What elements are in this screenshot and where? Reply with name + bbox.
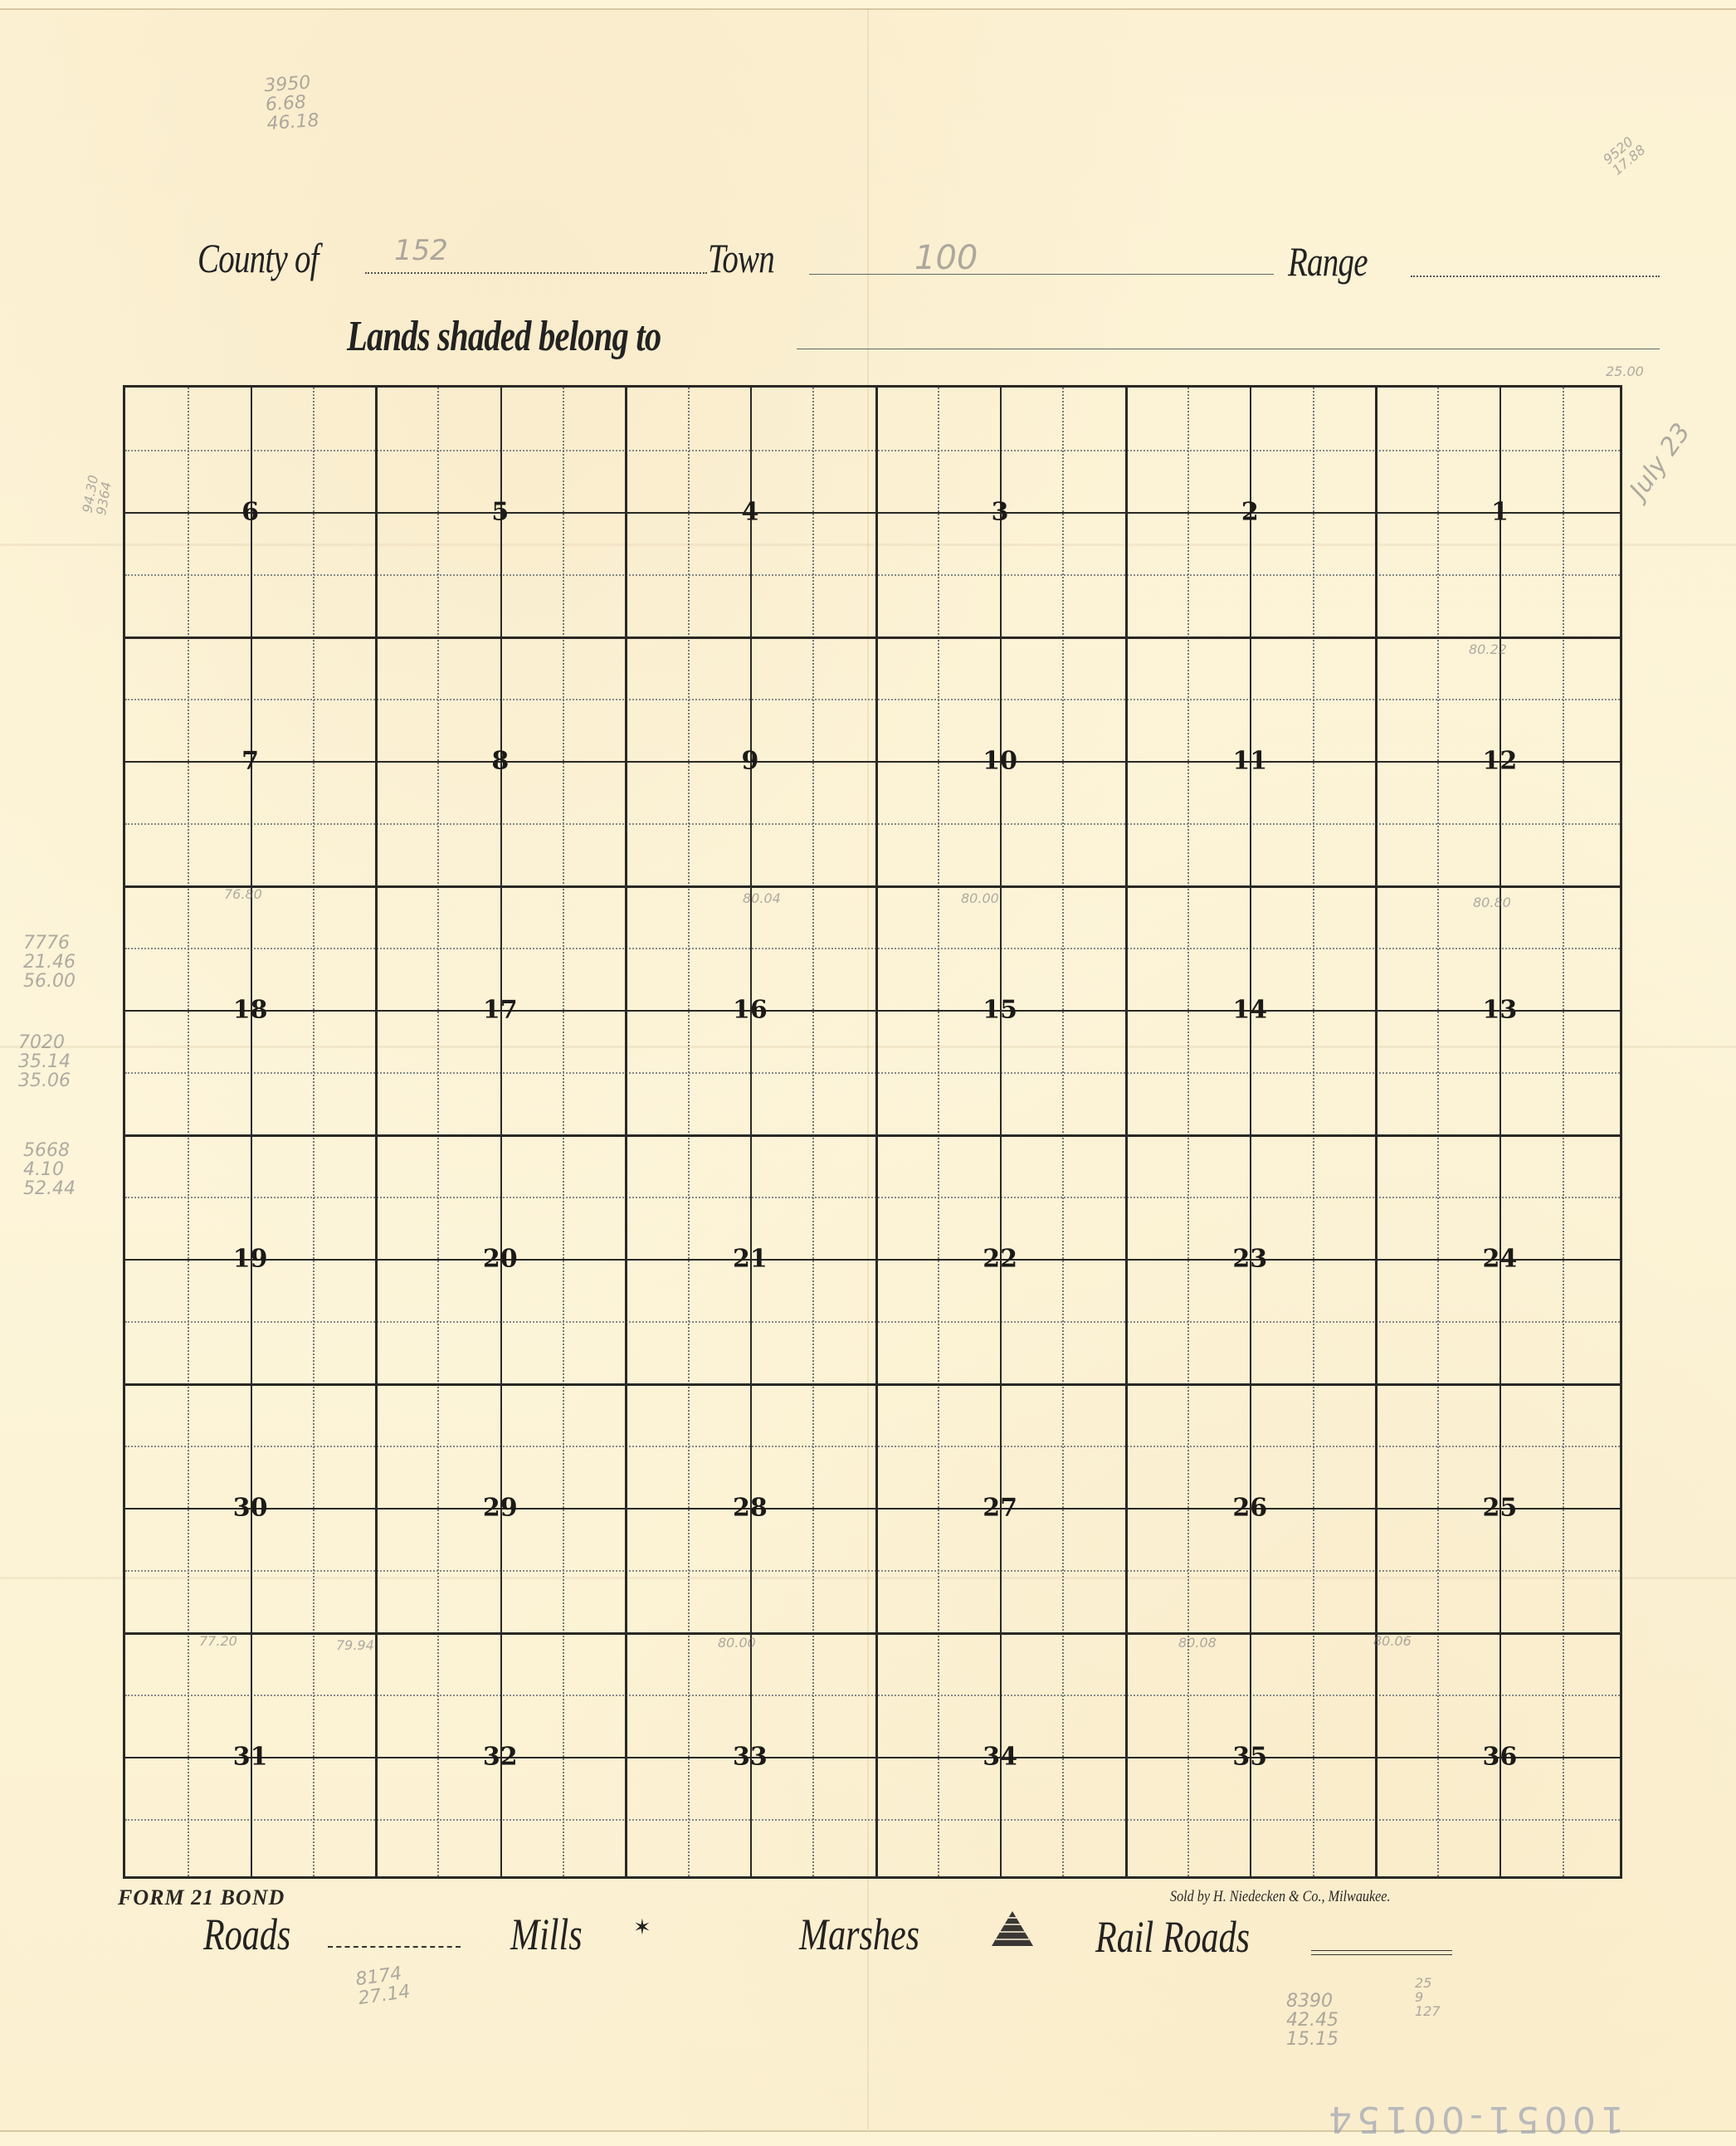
sixteenth-line-horizontal xyxy=(125,1446,1620,1447)
marsh-tuft-icon xyxy=(992,1911,1033,1946)
section-number[interactable]: 14 xyxy=(1232,996,1267,1025)
township-grid: 6543217891011121817161514131920212223243… xyxy=(123,385,1622,1879)
section-number[interactable]: 15 xyxy=(983,996,1017,1025)
town-label: Town xyxy=(708,234,774,282)
sixteenth-line-vertical xyxy=(1313,388,1314,1876)
section-number[interactable]: 11 xyxy=(1232,747,1267,776)
corner-value-sec12: 80.22 xyxy=(1469,643,1507,657)
annotation-bottom-calc: 8174 27.14 xyxy=(354,1963,412,2009)
section-number[interactable]: 30 xyxy=(233,1494,268,1523)
section-line-vertical xyxy=(1125,388,1128,1876)
section-number[interactable]: 32 xyxy=(483,1743,518,1772)
sixteenth-line-vertical xyxy=(313,388,315,1876)
section-number[interactable]: 34 xyxy=(983,1743,1017,1772)
legend-railroads-label: Rail Roads xyxy=(1095,1911,1250,1963)
sixteenth-line-horizontal xyxy=(125,823,1620,825)
corner-value-sec15: 80.00 xyxy=(961,892,999,906)
section-line-vertical xyxy=(1375,388,1378,1876)
section-number[interactable]: 3 xyxy=(992,498,1009,527)
range-label: Range xyxy=(1288,237,1368,285)
annotation-left-margin-1: 7776 21.46 56.00 xyxy=(23,934,76,991)
corner-value-sec35: 80.08 xyxy=(1178,1636,1217,1651)
legend-roads-label: Roads xyxy=(203,1909,290,1960)
quarter-line-vertical xyxy=(500,388,502,1876)
section-number[interactable]: 17 xyxy=(483,996,518,1025)
section-number[interactable]: 29 xyxy=(483,1494,518,1523)
sixteenth-line-vertical xyxy=(812,388,814,1876)
corner-value-sec36: 80.06 xyxy=(1373,1635,1412,1649)
county-handwritten-value: 152 xyxy=(394,237,448,266)
sixteenth-line-horizontal xyxy=(125,450,1620,451)
annotation-bottom-right-calc-2: 25 9 127 xyxy=(1415,1977,1441,2018)
section-number[interactable]: 25 xyxy=(1483,1494,1518,1523)
section-number[interactable]: 10 xyxy=(983,747,1017,776)
sixteenth-line-horizontal xyxy=(125,948,1620,949)
town-field[interactable] xyxy=(809,274,1274,275)
sixteenth-line-vertical xyxy=(1563,388,1564,1876)
corner-value-sec13: 80.80 xyxy=(1473,896,1511,910)
sixteenth-line-vertical xyxy=(688,388,690,1876)
form-id: FORM 21 BOND xyxy=(118,1885,285,1910)
section-number[interactable]: 7 xyxy=(241,747,259,776)
section-number[interactable]: 31 xyxy=(233,1743,268,1772)
section-number[interactable]: 20 xyxy=(483,1245,518,1274)
quarter-line-vertical xyxy=(1000,388,1002,1876)
section-line-horizontal xyxy=(125,1134,1620,1137)
lands-owner-field[interactable] xyxy=(797,349,1660,349)
quarter-line-vertical xyxy=(750,388,752,1876)
range-field[interactable] xyxy=(1411,276,1660,277)
section-number[interactable]: 28 xyxy=(733,1494,768,1523)
town-handwritten-value: 100 xyxy=(914,241,978,276)
corner-value-sec31: 77.20 xyxy=(199,1635,237,1649)
section-number[interactable]: 26 xyxy=(1232,1494,1267,1523)
section-number[interactable]: 21 xyxy=(733,1245,768,1274)
section-number[interactable]: 8 xyxy=(491,747,509,776)
sixteenth-line-horizontal xyxy=(125,1570,1620,1572)
sixteenth-line-horizontal xyxy=(125,699,1620,700)
section-number[interactable]: 22 xyxy=(983,1245,1017,1274)
section-number[interactable]: 33 xyxy=(733,1743,768,1772)
legend-roads-symbol xyxy=(328,1946,461,1948)
sixteenth-line-vertical xyxy=(1437,388,1439,1876)
sixteenth-line-vertical xyxy=(437,388,439,1876)
corner-value-sec18: 76.80 xyxy=(224,888,262,902)
corner-value-sec33: 80.00 xyxy=(718,1636,756,1651)
annotation-calc-top-left: 3950 6.68 46.18 xyxy=(264,73,320,134)
section-number[interactable]: 24 xyxy=(1483,1245,1518,1274)
section-number[interactable]: 13 xyxy=(1483,996,1518,1025)
sixteenth-line-horizontal xyxy=(125,1819,1620,1821)
sixteenth-line-vertical xyxy=(188,388,189,1876)
section-line-horizontal xyxy=(125,885,1620,888)
section-number[interactable]: 9 xyxy=(741,747,758,776)
sixteenth-line-horizontal xyxy=(125,574,1620,576)
quarter-line-vertical xyxy=(251,388,252,1876)
section-line-horizontal xyxy=(125,1383,1620,1386)
section-number[interactable]: 6 xyxy=(241,498,259,527)
section-line-vertical xyxy=(625,388,627,1876)
quarter-line-horizontal xyxy=(125,761,1620,763)
legend-railroads-symbol xyxy=(1311,1950,1452,1955)
section-number[interactable]: 4 xyxy=(741,498,758,527)
quarter-line-vertical xyxy=(1250,388,1251,1876)
section-number[interactable]: 36 xyxy=(1483,1743,1518,1772)
corner-value-sec16: 80.04 xyxy=(743,892,781,906)
section-number[interactable]: 19 xyxy=(233,1245,268,1274)
section-line-vertical xyxy=(875,388,878,1876)
sixteenth-line-horizontal xyxy=(125,1072,1620,1074)
quarter-line-horizontal xyxy=(125,1508,1620,1510)
quarter-line-horizontal xyxy=(125,1010,1620,1012)
county-label: County of xyxy=(197,234,319,282)
quarter-line-vertical xyxy=(1499,388,1501,1876)
sixteenth-line-horizontal xyxy=(125,1695,1620,1696)
section-line-horizontal xyxy=(125,636,1620,639)
section-number[interactable]: 35 xyxy=(1232,1743,1267,1772)
mill-star-icon: ✶ xyxy=(633,1915,651,1940)
sixteenth-line-vertical xyxy=(1187,388,1189,1876)
sixteenth-line-horizontal xyxy=(125,1197,1620,1198)
county-field[interactable] xyxy=(365,272,707,274)
legend-marshes-label: Marshes xyxy=(799,1909,919,1960)
sixteenth-line-vertical xyxy=(1062,388,1064,1876)
sixteenth-line-horizontal xyxy=(125,1321,1620,1323)
quarter-line-horizontal xyxy=(125,1259,1620,1261)
section-number[interactable]: 23 xyxy=(1232,1245,1267,1274)
annotation-left-margin-2: 7020 35.14 35.06 xyxy=(18,1033,71,1090)
section-number[interactable]: 18 xyxy=(233,996,268,1025)
quarter-line-horizontal xyxy=(125,1757,1620,1758)
sixteenth-line-vertical xyxy=(938,388,939,1876)
archive-stamp: 10051-00154 xyxy=(1324,2100,1624,2138)
publisher-imprint: Sold by H. Niedecken & Co., Milwaukee. xyxy=(1170,1888,1391,1906)
legend-mills-label: Mills xyxy=(510,1909,583,1960)
sixteenth-line-vertical xyxy=(563,388,564,1876)
section-number[interactable]: 1 xyxy=(1491,498,1509,527)
annotation-bottom-right-calc-1: 8390 42.45 15.15 xyxy=(1286,1992,1339,2049)
quarter-line-horizontal xyxy=(125,512,1620,514)
section-number[interactable]: 5 xyxy=(491,498,509,527)
section-number[interactable]: 27 xyxy=(983,1494,1017,1523)
corner-value-sec32: 79.94 xyxy=(336,1639,374,1653)
annotation-section-1-corner: 25.00 xyxy=(1606,365,1644,379)
lands-shaded-label: Lands shaded belong to xyxy=(347,312,661,361)
section-number[interactable]: 2 xyxy=(1241,498,1259,527)
section-number[interactable]: 12 xyxy=(1483,747,1518,776)
annotation-left-margin-3: 5668 4.10 52.44 xyxy=(23,1141,76,1198)
section-line-vertical xyxy=(375,388,378,1876)
section-number[interactable]: 16 xyxy=(733,996,768,1025)
